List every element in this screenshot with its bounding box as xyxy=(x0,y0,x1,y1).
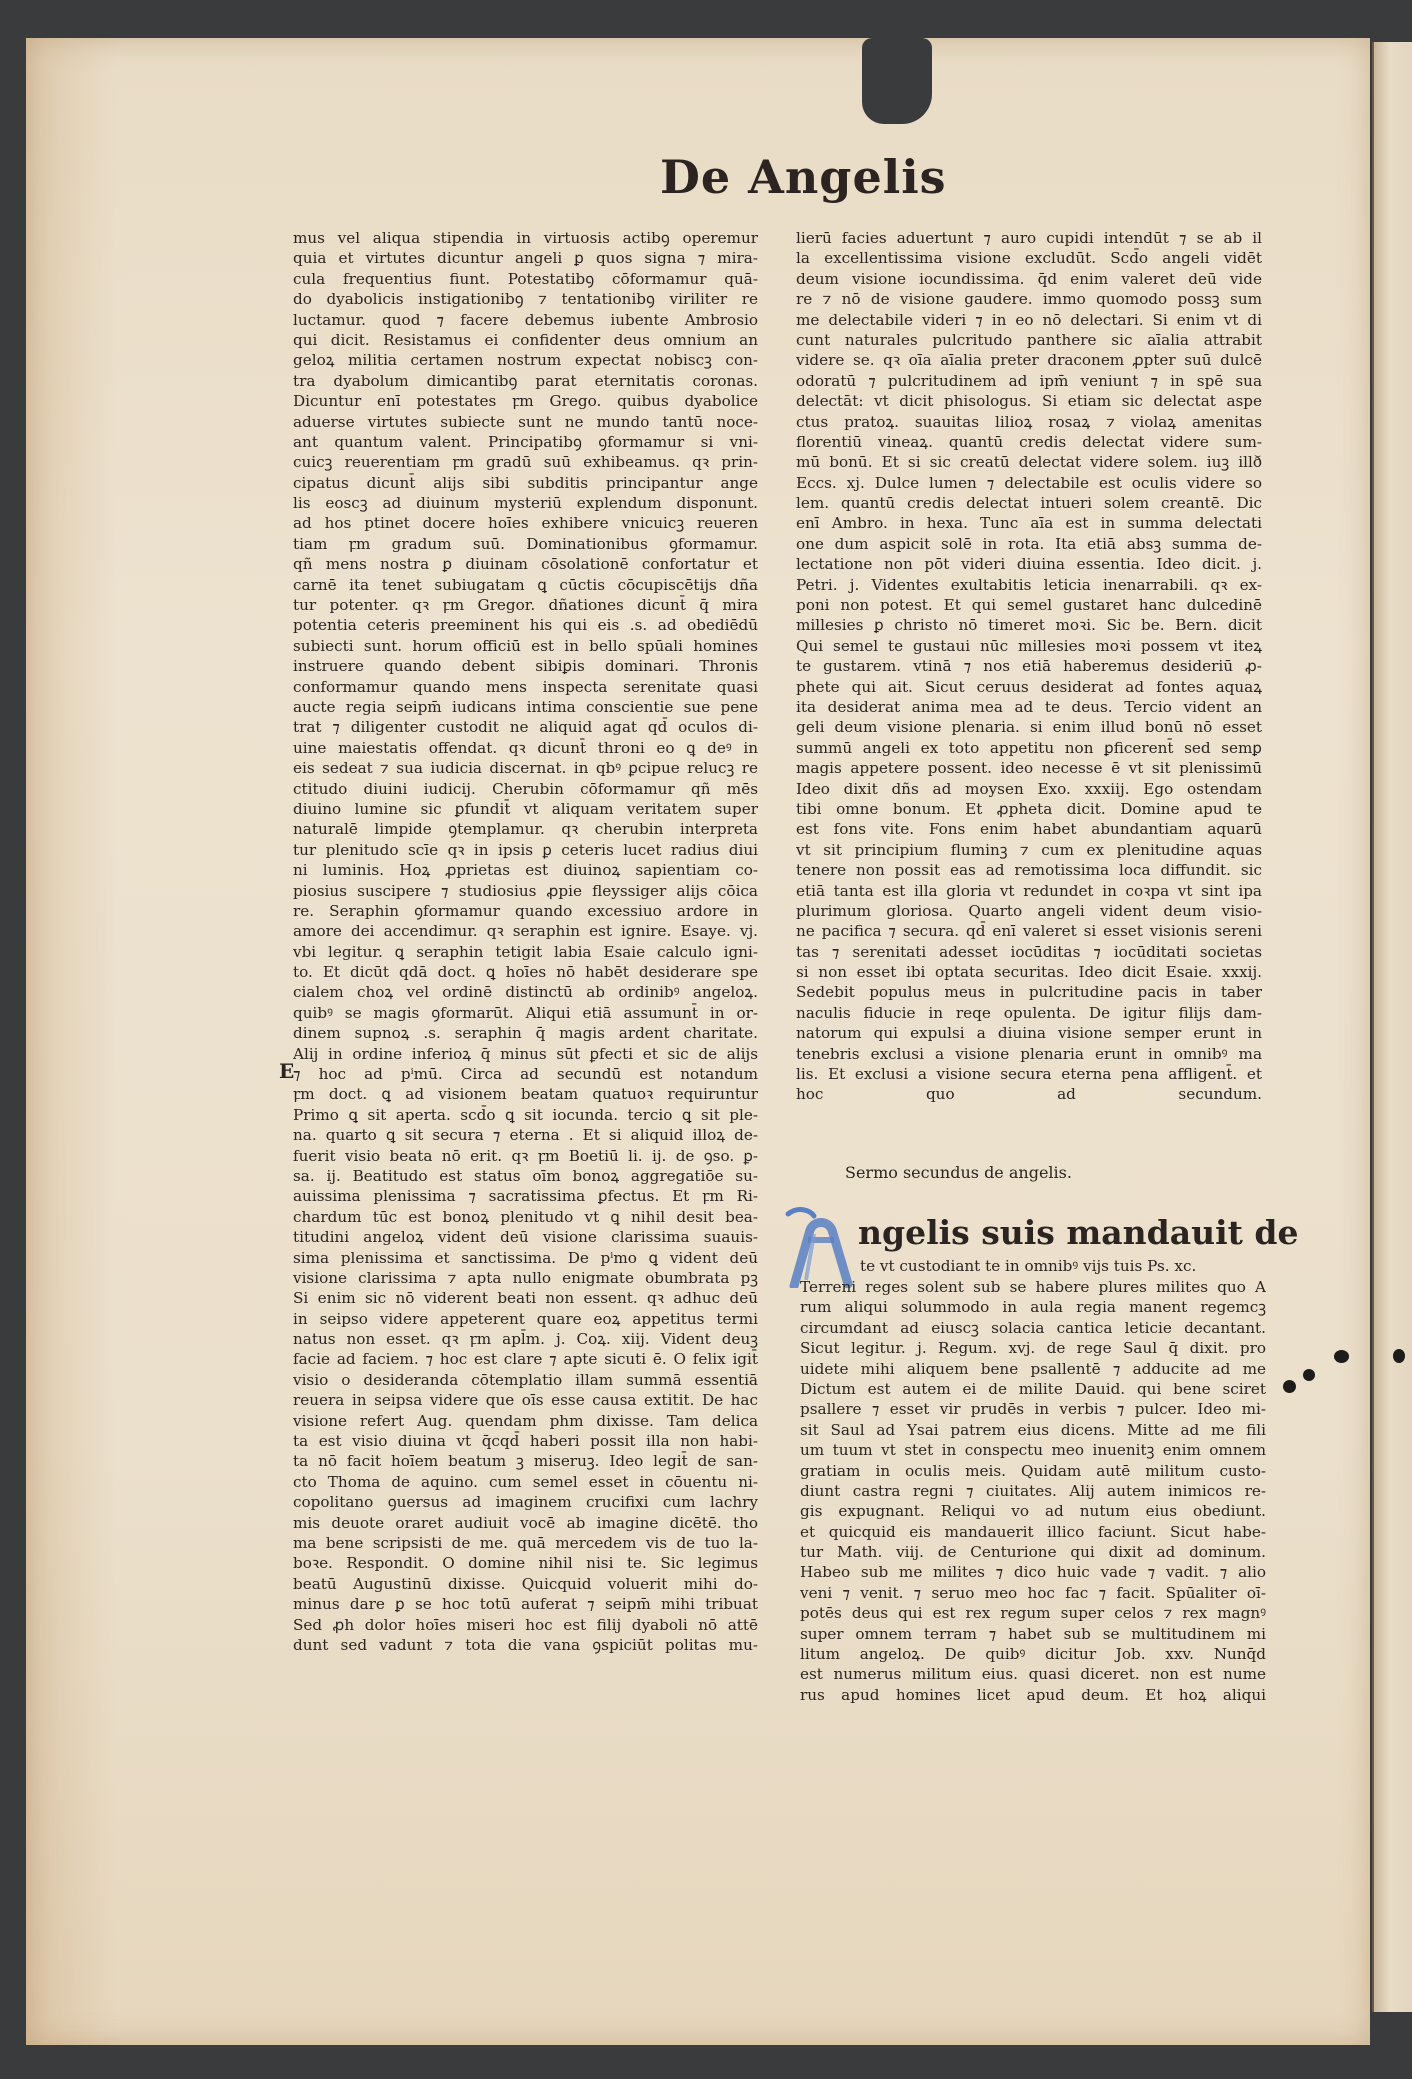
text-line: mus vel aliqua stipendia in virtuosis ac… xyxy=(293,228,758,248)
text-line: tenere non possit eas ad remotissima loc… xyxy=(796,860,1262,880)
text-line: aucte regia seipm̄ iudicans intima consc… xyxy=(293,697,758,717)
text-line: ne pacifica ⁊ secura. qd̄ enī valeret si… xyxy=(796,921,1262,941)
text-line: cialem choꝝ vel ordinē distinctū ab ordi… xyxy=(293,982,758,1002)
text-line: visione refert Aug. quendam phm dixisse.… xyxy=(293,1411,758,1431)
text-line: carnē ita tenet subiugatam ꝗ cūctis cōcu… xyxy=(293,575,758,595)
ink-dot xyxy=(1393,1349,1405,1363)
text-line: reuera in seipsa videre que oīs esse cau… xyxy=(293,1390,758,1410)
text-line: lierū facies aduertunt ⁊ auro cupidi int… xyxy=(796,228,1262,248)
text-line: tiam ꝼm gradum suū. Dominationibus ꝯform… xyxy=(293,534,758,554)
text-line: sit Saul ad Ysai patrem eius dicens. Mit… xyxy=(800,1420,1266,1440)
text-line: tur Math. viij. de Centurione qui dixit … xyxy=(800,1542,1266,1562)
text-line: one dum aspicit solē in rota. Ita etiā a… xyxy=(796,534,1262,554)
text-line: fuerit visio beata nō erit. qꝛ ꝼm Boetiū… xyxy=(293,1146,758,1166)
text-line: conformamur quando mens inspecta serenit… xyxy=(293,677,758,697)
text-line: lem. quantū credis delectat intueri sole… xyxy=(796,493,1262,513)
text-line: videre se. qꝛ oīa aīalia preter draconem… xyxy=(796,350,1262,370)
text-line: poni non potest. Et qui semel gustaret h… xyxy=(796,595,1262,615)
text-line: plurimum gloriosa. Quarto angeli vident … xyxy=(796,901,1262,921)
text-line: visione clarissima ⁊ apta nullo enigmate… xyxy=(293,1268,758,1288)
text-line: cula frequentius fiunt. Potestatibꝯ cōfo… xyxy=(293,269,758,289)
section-heading: Sermo secundus de angelis. xyxy=(845,1163,1072,1182)
text-line: do dyabolicis instigationibꝯ ⁊ tentation… xyxy=(293,289,758,309)
text-line: luctamur. quod ⁊ facere debemus iubente … xyxy=(293,310,758,330)
text-line: cipatus dicunt̄ alijs sibi subditis prin… xyxy=(293,473,758,493)
text-line: ta nō facit hoīem beatum ꝫ miseruꝫ. Ideo… xyxy=(293,1451,758,1471)
text-line: ita desiderat anima mea ad te deus. Terc… xyxy=(796,697,1262,717)
text-line: ant quantum valent. Principatibꝯ ꝯformam… xyxy=(293,432,758,452)
text-line: Si enim sic nō viderent beati non essent… xyxy=(293,1288,758,1308)
text-line: lis. Et exclusi a visione secura eterna … xyxy=(796,1064,1262,1084)
text-line: ꝼm doct. ꝗ ad visionem beatam quatuoꝛ re… xyxy=(293,1084,758,1104)
text-line: titudini angeloꝝ vident deū visione clar… xyxy=(293,1227,758,1247)
text-line: dunt sed vadunt ⁊ tota die vana ꝯspiciūt… xyxy=(293,1635,758,1655)
text-line: odoratū ⁊ pulcritudinem ad ipm̄ veniunt … xyxy=(796,371,1262,391)
text-line: piosius suscipere ⁊ studiosius ꝓpie fley… xyxy=(293,881,758,901)
text-line: lectatione non pōt videri diuina essenti… xyxy=(796,554,1262,574)
text-line: psallere ⁊ esset vir prudēs in verbis ⁊ … xyxy=(800,1399,1266,1419)
paper-hole xyxy=(862,38,932,124)
text-line: tur potenter. qꝛ ꝼm Gregor. dñationes di… xyxy=(293,595,758,615)
text-line: cto Thoma de aquino. cum semel esset in … xyxy=(293,1472,758,1492)
text-line: Sed ꝓh dolor hoīes miseri hoc est filij … xyxy=(293,1615,758,1635)
text-line: copolitano ꝯuersus ad imaginem crucifixi… xyxy=(293,1492,758,1512)
text-line: la excellentissima visione excludūt. Scd… xyxy=(796,248,1262,268)
right-text-column-top: lierū facies aduertunt ⁊ auro cupidi int… xyxy=(796,228,1262,1105)
text-line: qui dicit. Resistamus ei confidenter deu… xyxy=(293,330,758,350)
text-line: trat ⁊ diligenter custodit ne aliquid ag… xyxy=(293,717,758,737)
text-line: mis deuote oraret audiuit vocē ab imagin… xyxy=(293,1513,758,1533)
text-line: enī Ambro. in hexa. Tunc aīa est in summ… xyxy=(796,513,1262,533)
text-line: amore dei accendimur. qꝛ seraphin est ig… xyxy=(293,921,758,941)
text-line: delectāt: vt dicit phisologus. Si etiam … xyxy=(796,391,1262,411)
text-line: lis eoscꝫ ad diuinum mysteriū explendum … xyxy=(293,493,758,513)
text-line: ta est visio diuina vt q̄cqd̄ haberi pos… xyxy=(293,1431,758,1451)
text-line: magis appetere possent. ideo necesse ē v… xyxy=(796,758,1262,778)
text-line: subiecti sunt. horum officiū est in bell… xyxy=(293,636,758,656)
text-line: tibi omne bonum. Et ꝓpheta dicit. Domine… xyxy=(796,799,1262,819)
text-line: sima plenissima et sanctissima. De pⁱmo … xyxy=(293,1248,758,1268)
text-line: re. Seraphin ꝯformamur quando excessiuo … xyxy=(293,901,758,921)
text-line: rum aliqui solummodo in aula regia manen… xyxy=(800,1297,1266,1317)
text-line: diuino lumine sic ꝑfundit̄ vt aliquam ve… xyxy=(293,799,758,819)
text-line: Habeo sub me milites ⁊ dico huic vade ⁊ … xyxy=(800,1562,1266,1582)
illuminated-initial-a-icon xyxy=(780,1200,860,1288)
text-line: phete qui ait. Sicut ceruus desiderat ad… xyxy=(796,677,1262,697)
text-line: auissima plenissima ⁊ sacratissima ꝑfect… xyxy=(293,1186,758,1206)
text-line: potēs deus qui est rex regum super celos… xyxy=(800,1603,1266,1623)
text-line: te gustarem. vtinā ⁊ nos etiā haberemus … xyxy=(796,656,1262,676)
text-line: cuicꝫ reuerentiam ꝼm gradū suū exhibeamu… xyxy=(293,452,758,472)
text-line: gratiam in oculis meis. Quidam autē mili… xyxy=(800,1461,1266,1481)
text-line: ⁊ hoc ad pⁱmū. Circa ad secundū est nota… xyxy=(293,1064,758,1084)
text-line: Sedebit populus meus in pulcritudine pac… xyxy=(796,982,1262,1002)
ink-dot xyxy=(1283,1380,1296,1393)
text-line: deum visione iocundissima. q̄d enim vale… xyxy=(796,269,1262,289)
text-line: Qui semel te gustaui nūc millesies moꝛi … xyxy=(796,636,1262,656)
text-line: instruere quando debent sibiꝑis dominari… xyxy=(293,656,758,676)
text-line: visio o desideranda cōtemplatio illam su… xyxy=(293,1370,758,1390)
text-line: to. Et dicūt qdā doct. ꝗ hoīes nō habēt … xyxy=(293,962,758,982)
text-line: uidete mihi aliquem bene psallentē ⁊ add… xyxy=(800,1359,1266,1379)
text-line: rus apud homines licet apud deum. Et hoꝝ… xyxy=(800,1685,1266,1705)
text-line: cunt naturales pulcritudo panthere sic a… xyxy=(796,330,1262,350)
incipit-line: ngelis suis mandauit de xyxy=(858,1213,1298,1252)
text-line: tenebris exclusi a visione plenaria erun… xyxy=(796,1044,1262,1064)
text-line: chardum tūc est bonoꝝ plenitudo vt ꝗ nih… xyxy=(293,1207,758,1227)
incipit-continuation: te vt custodiant te in omnibꝰ vijs tuis … xyxy=(860,1256,1196,1276)
text-line: natorum qui expulsi a diuina visione sem… xyxy=(796,1023,1262,1043)
text-line: natus non esset. qꝛ ꝼm apl̄m. j. Coꝝ. xi… xyxy=(293,1329,758,1349)
text-line: tas ⁊ serenitati adesset iocūditas ⁊ ioc… xyxy=(796,942,1262,962)
text-line: tur plenitudo scīe qꝛ in ipsis ꝑ ceteris… xyxy=(293,840,758,860)
text-line: Dictum est autem ei de milite Dauid. qui… xyxy=(800,1379,1266,1399)
text-line: Primo ꝗ sit aperta. scd̄o ꝗ sit iocunda.… xyxy=(293,1105,758,1125)
text-line: ma bene scripsisti de me. quā mercedem v… xyxy=(293,1533,758,1553)
text-line: hoc quo ad secundum. xyxy=(796,1084,1262,1104)
text-line: ni luminis. Hoꝝ ꝓprietas est diuinoꝝ sap… xyxy=(293,860,758,880)
text-line: mū bonū. Et si sic creatū delectat vider… xyxy=(796,452,1262,472)
text-line: quibꝰ se magis ꝯformarūt. Aliqui etiā as… xyxy=(293,1003,758,1023)
text-line: Sicut legitur. j. Regum. xvj. de rege Sa… xyxy=(800,1338,1266,1358)
text-line: est fons vite. Fons enim habet abundanti… xyxy=(796,819,1262,839)
text-line: si non esset ibi optata securitas. Ideo … xyxy=(796,962,1262,982)
text-line: sa. ij. Beatitudo est status oīm bonoꝝ a… xyxy=(293,1166,758,1186)
text-line: et quicquid eis mandauerit illico faciun… xyxy=(800,1522,1266,1542)
text-line: circumdant ad eiuscꝫ solacia cantica let… xyxy=(800,1318,1266,1338)
text-line: in seipso videre appeterent quare eoꝝ ap… xyxy=(293,1309,758,1329)
text-line: Dicuntur enī potestates ꝼm Grego. quibus… xyxy=(293,391,758,411)
text-line: uine maiestatis offendat. qꝛ dicunt̄ thr… xyxy=(293,738,758,758)
binding-gutter xyxy=(1372,42,1412,2012)
text-line: boꝛe. Respondit. O domine nihil nisi te.… xyxy=(293,1553,758,1573)
text-line: tra dyabolum dimicantibꝯ parat eternitat… xyxy=(293,371,758,391)
ink-dot xyxy=(1303,1369,1315,1381)
left-text-column: mus vel aliqua stipendia in virtuosis ac… xyxy=(293,228,758,1655)
text-line: summū angeli ex toto appetitu non ꝑficer… xyxy=(796,738,1262,758)
text-line: naculis fiducie in reqe opulenta. De igi… xyxy=(796,1003,1262,1023)
right-text-column-bottom: Terreni reges solent sub se habere plure… xyxy=(800,1277,1266,1705)
text-line: quia et virtutes dicuntur angeli ꝑ quos … xyxy=(293,248,758,268)
text-line: um tuum vt stet in conspectu meo inuenit… xyxy=(800,1440,1266,1460)
text-line: etiā tanta est illa gloria vt redundet i… xyxy=(796,881,1262,901)
text-line: geli deum visione plenaria. si enim illu… xyxy=(796,717,1262,737)
text-line: me delectabile videri ⁊ in eo nō delecta… xyxy=(796,310,1262,330)
text-line: ctus pratoꝝ. suauitas lilioꝝ rosaꝝ ⁊ vio… xyxy=(796,412,1262,432)
text-line: na. quarto ꝗ sit secura ⁊ eterna . Et si… xyxy=(293,1125,758,1145)
text-line: Ideo dixit dñs ad moysen Exo. xxxiij. Eg… xyxy=(796,779,1262,799)
text-line: veni ⁊ venit. ⁊ seruo meo hoc fac ⁊ faci… xyxy=(800,1583,1266,1603)
margin-note: E xyxy=(279,1059,294,1083)
text-line: potentia ceteris preeminent his qui eis … xyxy=(293,615,758,635)
text-line: ctitudo diuini iudicij. Cherubin cōforma… xyxy=(293,779,758,799)
text-line: Petri. j. Videntes exultabitis leticia i… xyxy=(796,575,1262,595)
text-line: eis sedeat ⁊ sua iudicia discernat. in q… xyxy=(293,758,758,778)
text-line: Alij in ordine inferioꝝ q̄ minus sūt ꝑfe… xyxy=(293,1044,758,1064)
running-title: De Angelis xyxy=(660,150,947,204)
text-line: facie ad faciem. ⁊ hoc est clare ⁊ apte … xyxy=(293,1349,758,1369)
text-line: re ⁊ nō de visione gaudere. immo quomodo… xyxy=(796,289,1262,309)
text-line: dinem supnoꝝ .s. seraphin q̄ magis arden… xyxy=(293,1023,758,1043)
text-line: florentiū vineaꝝ. quantū credis delectat… xyxy=(796,432,1262,452)
text-line: naturalē limpide ꝯtemplamur. qꝛ cherubin… xyxy=(293,819,758,839)
text-line: millesies ꝑ christo nō timeret moꝛi. Sic… xyxy=(796,615,1262,635)
text-line: est numerus militum eius. quasi diceret.… xyxy=(800,1664,1266,1684)
text-line: vbi legitur. ꝗ seraphin tetigit labia Es… xyxy=(293,942,758,962)
text-line: ad hos ptinet docere hoīes exhibere vnic… xyxy=(293,513,758,533)
text-line: minus dare ꝑ se hoc totū auferat ⁊ seipm… xyxy=(293,1594,758,1614)
text-line: Terreni reges solent sub se habere plure… xyxy=(800,1277,1266,1297)
text-line: super omnem terram ⁊ habet sub se multit… xyxy=(800,1624,1266,1644)
text-line: beatū Augustinū dixisse. Quicquid voluer… xyxy=(293,1574,758,1594)
text-line: qñ mens nostra ꝑ diuinam cōsolationē con… xyxy=(293,554,758,574)
text-line: aduerse virtutes subiecte sunt ne mundo … xyxy=(293,412,758,432)
text-line: litum angeloꝝ. De quibꝰ dicitur Job. xxv… xyxy=(800,1644,1266,1664)
text-line: geloꝝ militia certamen nostrum expectat … xyxy=(293,350,758,370)
ink-dot xyxy=(1334,1350,1349,1363)
text-line: gis expugnant. Reliqui vo ad nutum eius … xyxy=(800,1501,1266,1521)
text-line: diunt castra regni ⁊ ciuitates. Alij aut… xyxy=(800,1481,1266,1501)
text-line: Eccs. xj. Dulce lumen ⁊ delectabile est … xyxy=(796,473,1262,493)
text-line: vt sit principium fluminꝫ ⁊ cum ex pleni… xyxy=(796,840,1262,860)
